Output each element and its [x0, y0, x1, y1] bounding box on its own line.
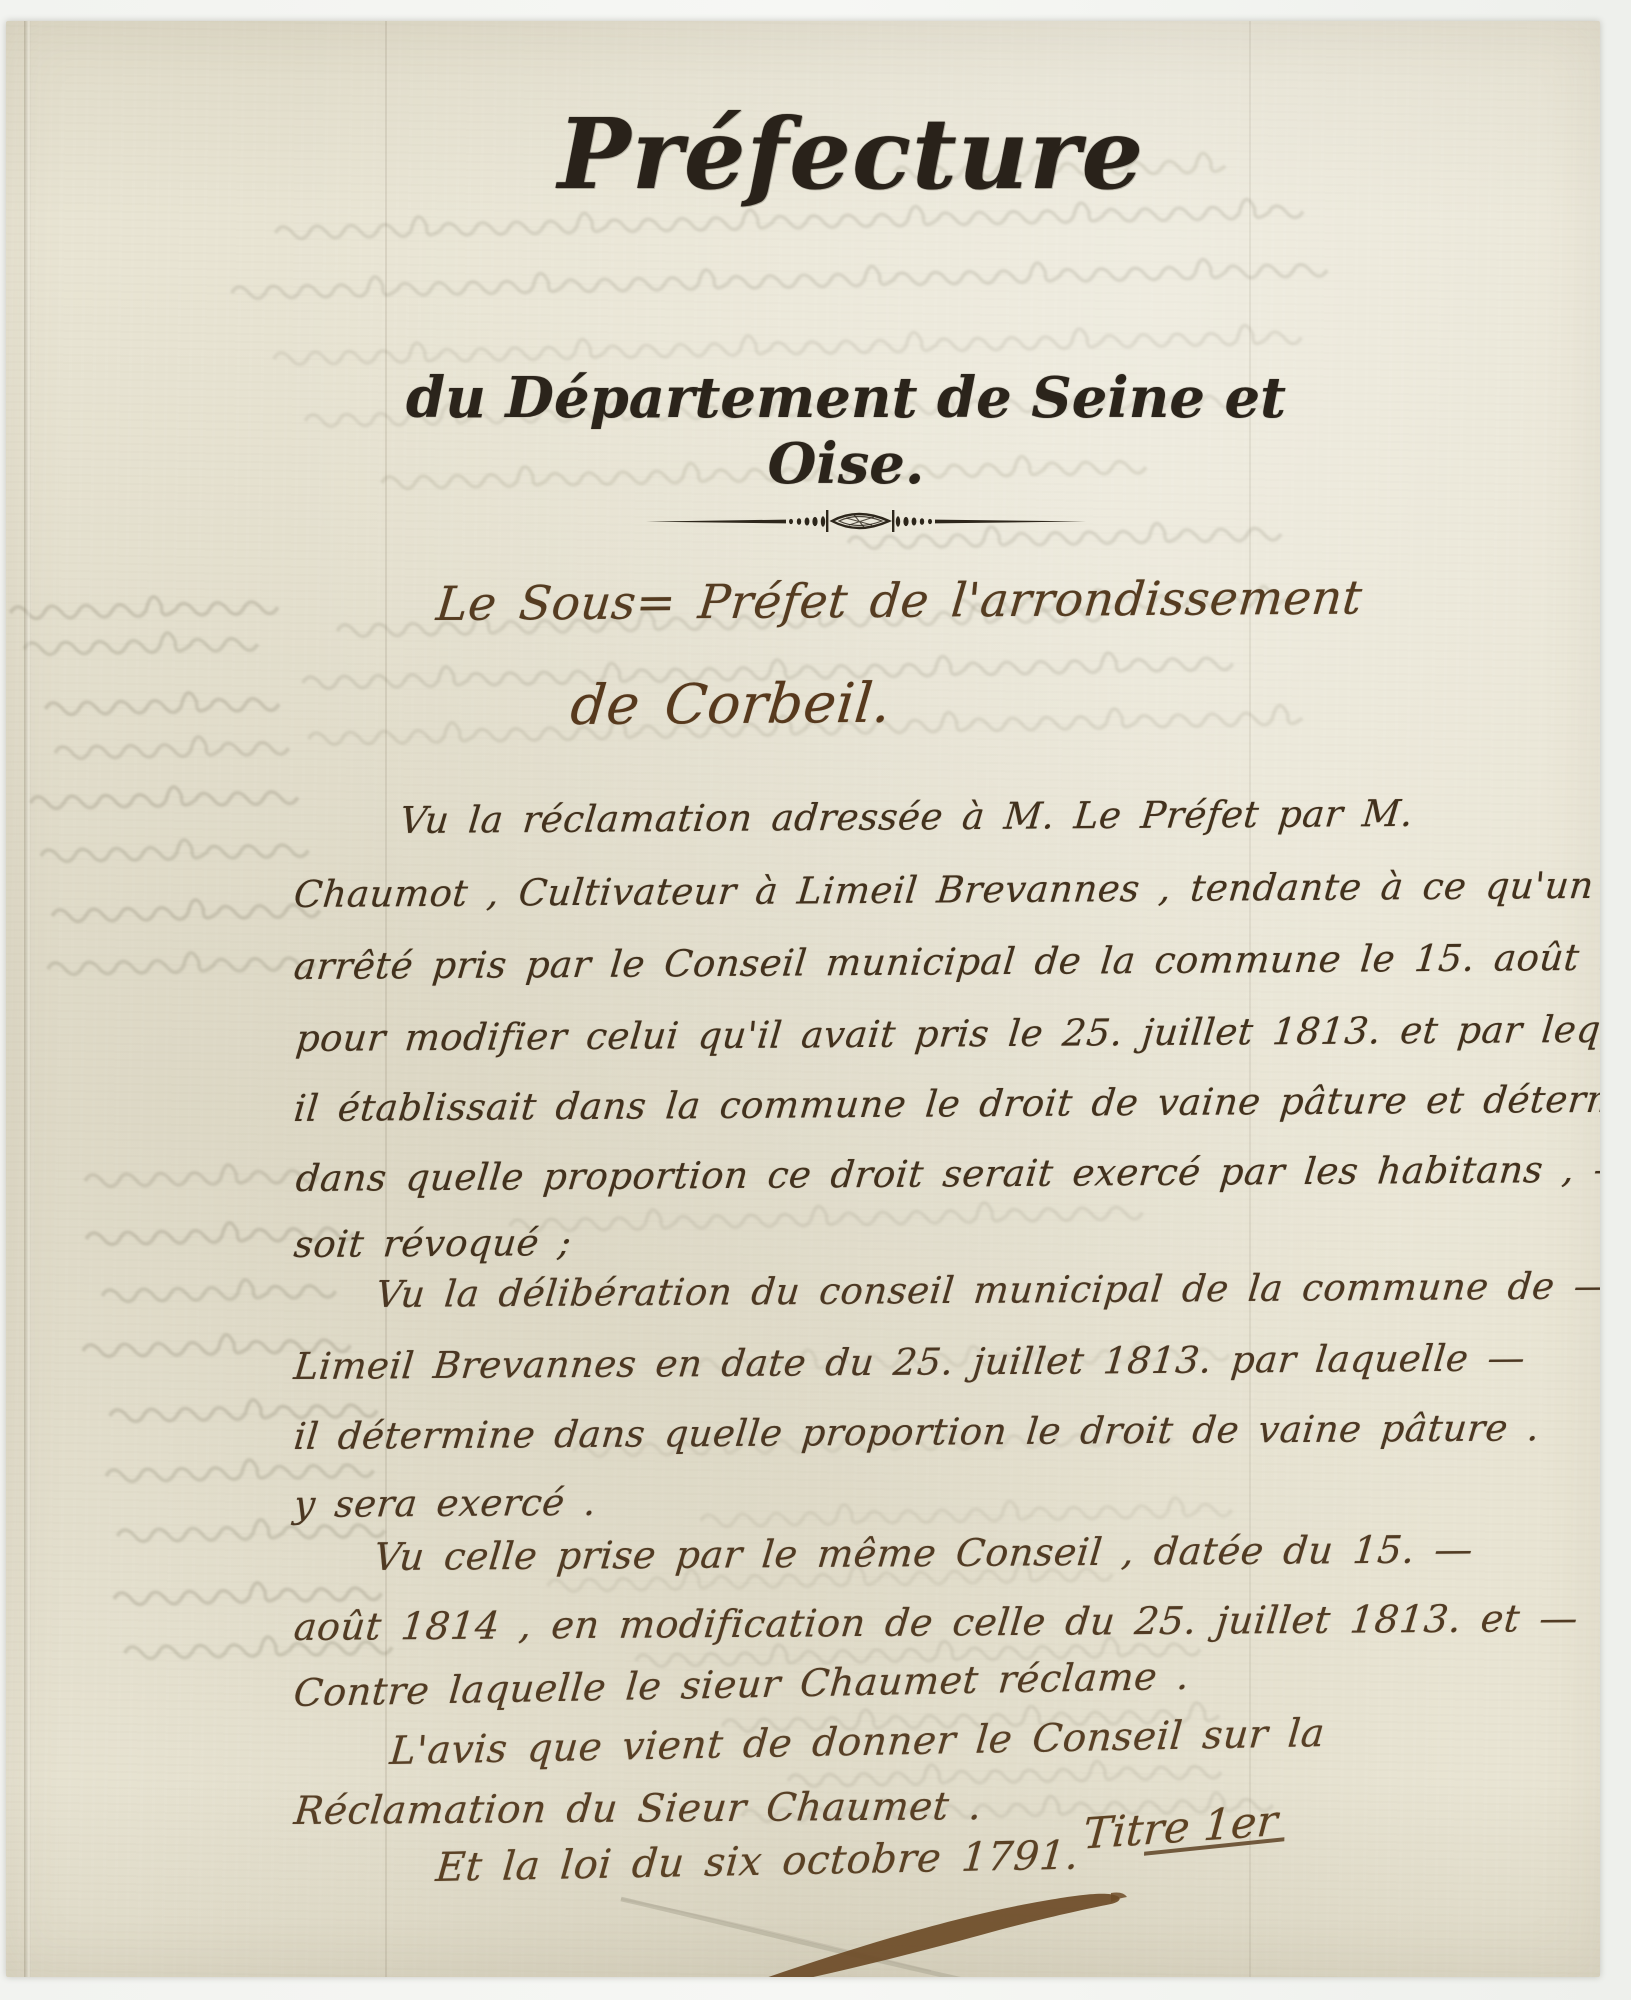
letterhead-title: Préfecture [526, 97, 1176, 211]
manuscript-line: soit révoqué ; [292, 1221, 574, 1266]
heading-sous-prefet: Le Sous= Préfet de l'arrondissement [434, 571, 1365, 632]
manuscript-line: il détermine dans quelle proportion le d… [292, 1406, 1542, 1458]
manuscript-line: arrêté pris par le Conseil municipal de … [292, 935, 1600, 988]
letterhead-subtitle: du Département de Seine et Oise. [366, 365, 1326, 497]
manuscript-line: il établissait dans la commune le droit … [292, 1077, 1600, 1130]
ornamental-divider-icon [646, 503, 1086, 539]
manuscript-line: Vu la réclamation adressée à M. Le Préfe… [398, 792, 1415, 842]
manuscript-line: août 1814 , en modification de celle du … [292, 1596, 1580, 1649]
scan-background: Préfecture du Département de Seine et Oi… [0, 0, 1631, 2000]
document-page: Préfecture du Département de Seine et Oi… [6, 21, 1600, 1977]
manuscript-line: y sera exercé . [292, 1481, 598, 1526]
manuscript-line: Chaumot , Cultivateur à Limeil Brevannes… [292, 864, 1596, 916]
manuscript-line: pour modifier celui qu'il avait pris le … [294, 1007, 1600, 1060]
manuscript-line: Réclamation du Sieur Chaumet . [292, 1784, 984, 1834]
manuscript-line: dans quelle proportion ce droit serait e… [294, 1148, 1600, 1200]
pen-flourish-icon [551, 1871, 1171, 1977]
manuscript-line: Limeil Brevannes en date du 25. juillet … [292, 1336, 1527, 1388]
fold-crease [1249, 21, 1251, 1977]
manuscript-line: Vu la délibération du conseil municipal … [374, 1264, 1600, 1316]
fold-crease [24, 21, 31, 1977]
manuscript-line: Vu celle prise par le même Conseil , dat… [372, 1527, 1475, 1579]
heading-corbeil: de Corbeil. [568, 671, 894, 737]
